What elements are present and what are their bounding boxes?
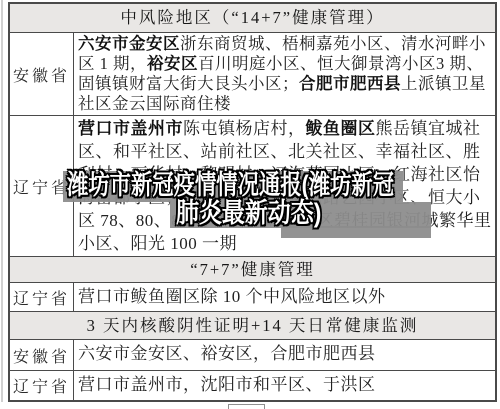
area-text-segment: 六安市金安区、裕安区，合肥市肥西县 xyxy=(78,344,376,363)
province-cell-anhui: 安徽省 xyxy=(10,340,74,370)
province-cell-liaoning: 辽宁省 xyxy=(10,371,74,400)
area-text-segment: 鲅鱼圈区 xyxy=(306,119,376,138)
area-list-cell: 六安市金安区、裕安区，合肥市肥西县 xyxy=(74,340,495,370)
watermark-title-line1: 潍坊市新冠疫情情况通报(潍坊新冠 xyxy=(67,170,481,201)
table-row-liaoning-7-7: 辽宁省 营口市鲅鱼圈区除 10 个中风险地区以外 xyxy=(10,283,495,312)
section-header-medium-risk-14-7: 中风险地区（“14+7”健康管理） xyxy=(10,4,495,33)
area-list-cell: 营口市鲅鱼圈区除 10 个中风险地区以外 xyxy=(74,283,495,311)
area-list-cell: 六安市金安区浙东商贸城、梧桐嘉苑小区、清水河畔小区 1 期，裕安区百川明庭小区、… xyxy=(74,33,495,115)
area-text-segment: 营口市盖州市 xyxy=(78,119,183,138)
area-text-segment: 裕安区 xyxy=(147,54,198,73)
area-text-segment: 合肥市肥西县 xyxy=(299,74,401,93)
area-text-segment: 六安市金安区 xyxy=(78,34,180,53)
section-header-7-7: “7+7”健康管理 xyxy=(10,257,495,283)
table-row-liaoning-monitoring: 辽宁省 营口市盖州市，沈阳市和平区、于洪区 xyxy=(10,371,495,400)
page-edge-line xyxy=(1,0,3,402)
area-list-cell: 营口市盖州市，沈阳市和平区、于洪区 xyxy=(74,371,495,400)
province-cell-liaoning: 辽宁省 xyxy=(10,283,74,311)
section-header-nucleic-acid: 3 天内核酸阴性证明+14 天日常健康监测 xyxy=(10,312,495,340)
table-row-anhui-medium-risk: 安徽省 六安市金安区浙东商贸城、梧桐嘉苑小区、清水河畔小区 1 期，裕安区百川明… xyxy=(10,33,495,116)
watermark-title-text: 肺炎最新动态) xyxy=(176,198,321,229)
area-text-segment: 营口市盖州市，沈阳市和平区、于洪区 xyxy=(78,375,376,394)
province-cell-anhui: 安徽省 xyxy=(10,33,74,115)
partial-box-bottom xyxy=(228,404,265,409)
watermark-title-line2: 肺炎最新动态) xyxy=(176,198,347,229)
area-text-segment: 陈屯镇杨店村， xyxy=(183,119,306,138)
watermark-title-text: 潍坊市新冠疫情情况通报(潍坊新冠 xyxy=(67,170,394,201)
table-row-anhui-monitoring: 安徽省 六安市金安区、裕安区，合肥市肥西县 xyxy=(10,340,495,371)
area-text-segment: 营口市鲅鱼圈区除 10 个中风险地区以外 xyxy=(78,287,386,306)
